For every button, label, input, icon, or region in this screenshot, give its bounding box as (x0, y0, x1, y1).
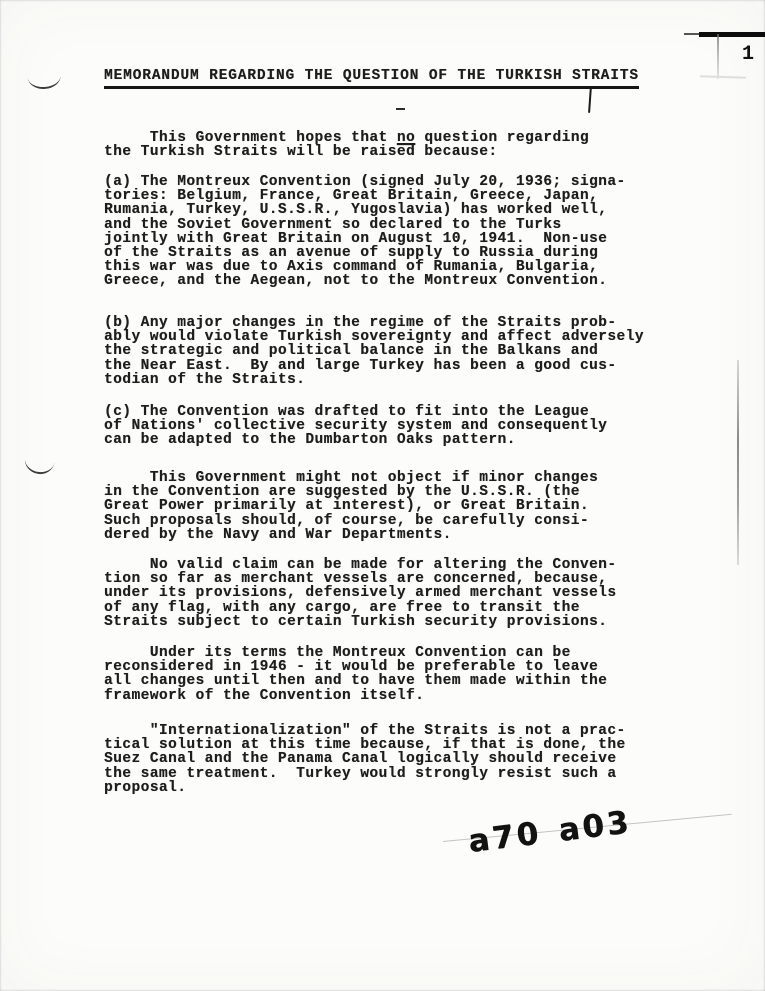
stray-dash-mark (396, 108, 405, 110)
paragraph-b: (b) Any major changes in the regime of t… (104, 316, 644, 387)
scan-streak-line (737, 360, 739, 565)
fold-crease-line (717, 34, 719, 79)
paragraph-internationalization: "Internationalization" of the Straits is… (104, 724, 626, 795)
page-number: 1 (742, 45, 754, 65)
scan-smudge (700, 75, 746, 79)
paragraph-reconsidered-1946: Under its terms the Montreux Convention … (104, 646, 607, 703)
memo-title: MEMORANDUM REGARDING THE QUESTION OF THE… (104, 69, 639, 83)
stray-pen-stroke (588, 86, 592, 113)
memo-title-text: MEMORANDUM REGARDING THE QUESTION OF THE… (104, 68, 639, 89)
scanned-memo-page: 1 MEMORANDUM REGARDING THE QUESTION OF T… (0, 0, 765, 991)
paragraph-a: (a) The Montreux Convention (signed July… (104, 175, 626, 289)
margin-pen-mark (23, 455, 55, 476)
handwritten-note: a70 a03 (467, 807, 633, 858)
intro-paragraph: This Government hopes that no question r… (104, 131, 589, 159)
paragraph-minor-changes: This Government might not object if mino… (104, 471, 598, 542)
paragraph-merchant-vessels: No valid claim can be made for altering … (104, 558, 616, 629)
scan-edge-mark (699, 32, 765, 37)
margin-pen-mark (28, 73, 62, 90)
paragraph-c: (c) The Convention was drafted to fit in… (104, 405, 607, 448)
